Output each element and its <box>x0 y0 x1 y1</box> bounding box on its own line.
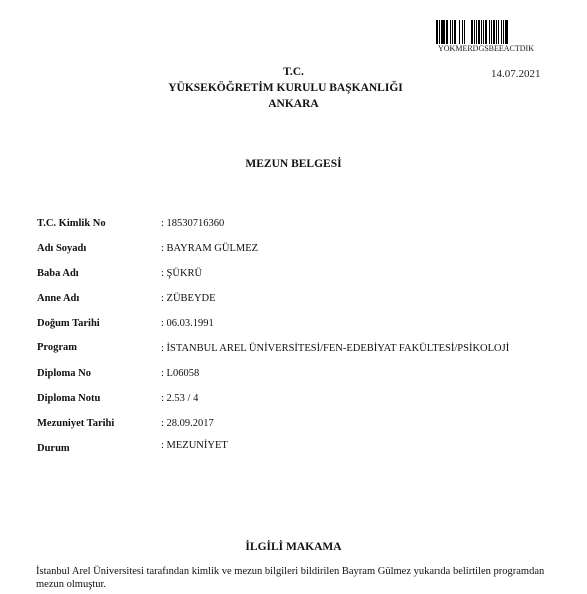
section-paragraph: İstanbul Arel Üniversitesi tarafından ki… <box>36 565 556 591</box>
field-value-dogum-tarihi: : 06.03.1991 <box>161 318 214 329</box>
field-label-program: Program <box>37 342 77 353</box>
header-country: T.C. <box>0 66 587 78</box>
field-label-dogum-tarihi: Doğum Tarihi <box>37 318 100 329</box>
section-title: İLGİLİ MAKAMA <box>0 541 587 553</box>
field-value-mezuniyet-tarihi: : 28.09.2017 <box>161 418 214 429</box>
field-label-diploma-no: Diploma No <box>37 368 91 379</box>
field-label-anne-adi: Anne Adı <box>37 293 79 304</box>
header-institution: YÜKSEKÖĞRETİM KURULU BAŞKANLIĞI <box>0 82 579 94</box>
field-value-tc-kimlik-no: : 18530716360 <box>161 218 224 229</box>
barcode-icon <box>436 20 546 44</box>
field-label-baba-adi: Baba Adı <box>37 268 79 279</box>
barcode-code: YOKMERDGSBEEACTDIK <box>438 44 534 53</box>
field-value-adi-soyadi: : BAYRAM GÜLMEZ <box>161 243 258 254</box>
field-label-mezuniyet-tarihi: Mezuniyet Tarihi <box>37 418 114 429</box>
field-label-diploma-notu: Diploma Notu <box>37 393 100 404</box>
field-value-diploma-notu: : 2.53 / 4 <box>161 393 198 404</box>
field-value-program: : İSTANBUL AREL ÜNİVERSİTESİ/FEN-EDEBİYA… <box>161 343 509 354</box>
header-city: ANKARA <box>0 98 587 110</box>
field-value-anne-adi: : ZÜBEYDE <box>161 293 216 304</box>
field-label-tc-kimlik-no: T.C. Kimlik No <box>37 218 106 229</box>
field-value-diploma-no: : L06058 <box>161 368 199 379</box>
field-label-adi-soyadi: Adı Soyadı <box>37 243 86 254</box>
document-title: MEZUN BELGESİ <box>0 158 587 170</box>
field-label-durum: Durum <box>37 443 70 454</box>
field-value-baba-adi: : ŞÜKRÜ <box>161 268 202 279</box>
field-value-durum: : MEZUNİYET <box>161 440 228 451</box>
barcode-space <box>508 20 509 44</box>
